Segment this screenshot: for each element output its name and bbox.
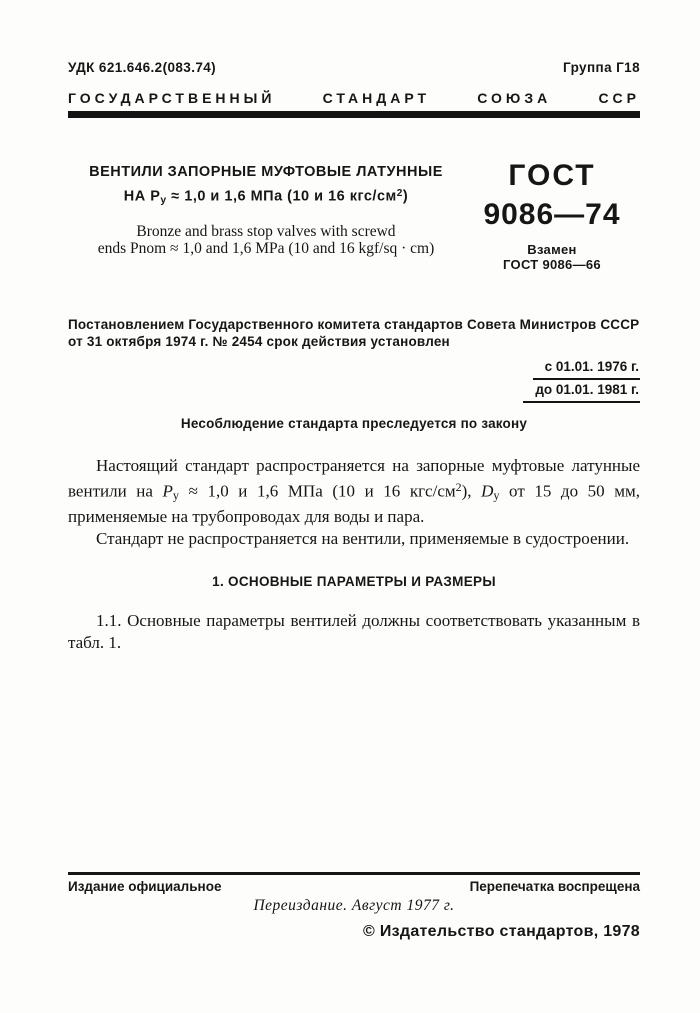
standard-title-en-line2: ends Pnom ≈ 1,0 and 1,6 MPa (10 and 16 k… bbox=[68, 240, 464, 257]
standard-title-en-line1: Bronze and brass stop valves with screwd bbox=[68, 223, 464, 240]
decree-line2: от 31 октября 1974 г. № 2454 срок действ… bbox=[68, 333, 640, 350]
scope-paragraph: Настоящий стандарт распространяется на з… bbox=[68, 455, 640, 528]
decree-statement: Постановлением Государственного комитета… bbox=[68, 316, 640, 350]
reprint-prohibited-label: Перепечатка воспрещена bbox=[470, 879, 640, 894]
gost-number: 9086—74 bbox=[464, 194, 640, 236]
udk-number: УДК 621.646.2(083.74) bbox=[68, 60, 216, 75]
standard-title-ru-line2: НА Ру ≈ 1,0 и 1,6 МПа (10 и 16 кгс/см2) bbox=[68, 183, 464, 211]
replaces-label: Взамен bbox=[464, 242, 640, 257]
footer-labels-row: Издание официальное Перепечатка воспреще… bbox=[68, 879, 640, 894]
effective-to-date: до 01.01. 1981 г. bbox=[523, 380, 640, 403]
document-page: УДК 621.646.2(083.74) Группа Г18 ГОСУДАР… bbox=[0, 0, 700, 1013]
validity-dates: с 01.01. 1976 г. до 01.01. 1981 г. bbox=[68, 357, 640, 403]
gost-label: ГОСТ bbox=[464, 158, 640, 194]
header-rule bbox=[68, 111, 640, 118]
page-content: УДК 621.646.2(083.74) Группа Г18 ГОСУДАР… bbox=[68, 60, 640, 653]
law-enforcement-notice: Несоблюдение стандарта преследуется по з… bbox=[68, 416, 640, 431]
footer-rule bbox=[68, 872, 640, 875]
standard-title-ru-line1: ВЕНТИЛИ ЗАПОРНЫЕ МУФТОВЫЕ ЛАТУННЫЕ bbox=[68, 162, 464, 183]
group-code: Группа Г18 bbox=[563, 60, 640, 75]
title-block: ВЕНТИЛИ ЗАПОРНЫЕ МУФТОВЫЕ ЛАТУННЫЕ НА Ру… bbox=[68, 162, 640, 272]
replaces-block: Взамен ГОСТ 9086—66 bbox=[464, 242, 640, 272]
effective-from-date: с 01.01. 1976 г. bbox=[533, 357, 640, 380]
gost-designation-column: ГОСТ 9086—74 Взамен ГОСТ 9086—66 bbox=[464, 158, 640, 272]
state-standard-header: ГОСУДАРСТВЕННЫЙ СТАНДАРТ СОЮЗА ССР bbox=[68, 90, 640, 106]
standard-title-column: ВЕНТИЛИ ЗАПОРНЫЕ МУФТОВЫЕ ЛАТУННЫЕ НА Ру… bbox=[68, 162, 464, 272]
section-1-heading: 1. ОСНОВНЫЕ ПАРАМЕТРЫ И РАЗМЕРЫ bbox=[68, 574, 640, 589]
reissue-note: Переиздание. Август 1977 г. bbox=[68, 897, 640, 915]
decree-line1: Постановлением Государственного комитета… bbox=[68, 316, 640, 333]
page-footer: Издание официальное Перепечатка воспреще… bbox=[68, 872, 640, 941]
top-classification-row: УДК 621.646.2(083.74) Группа Г18 bbox=[68, 60, 640, 75]
copyright-line: © Издательство стандартов, 1978 bbox=[68, 923, 640, 941]
exclusion-paragraph: Стандарт не распространяется на вентили,… bbox=[68, 528, 640, 550]
replaces-number: ГОСТ 9086—66 bbox=[464, 257, 640, 272]
official-edition-label: Издание официальное bbox=[68, 879, 221, 894]
standard-title-en: Bronze and brass stop valves with screwd… bbox=[68, 223, 464, 257]
clause-1-1-paragraph: 1.1. Основные параметры вентилей должны … bbox=[68, 610, 640, 653]
